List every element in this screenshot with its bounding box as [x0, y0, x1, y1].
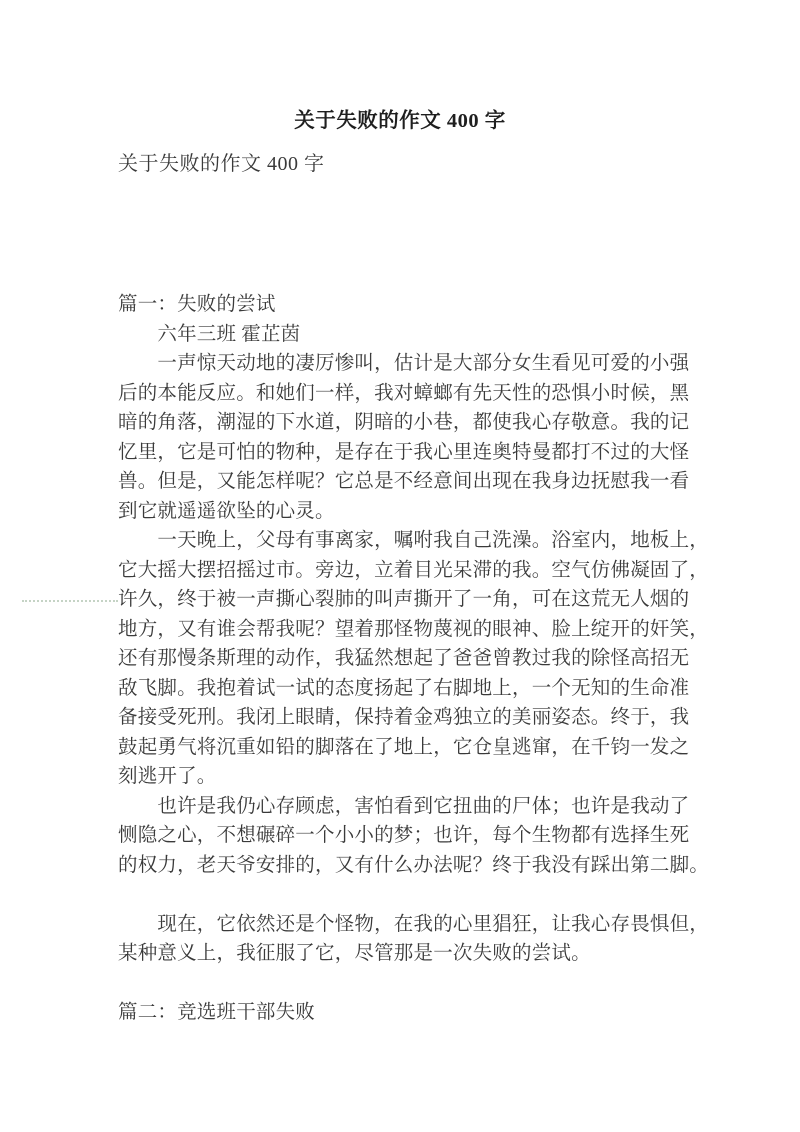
- text-line: 它大摇大摆招摇过市。旁边，立着目光呆滞的我。空气仿佛凝固了，: [118, 556, 718, 586]
- text-line: 一天晚上，父母有事离家，嘱咐我自己洗澡。浴室内，地板上，: [118, 526, 718, 556]
- text-line: 的权力，老天爷安排的，又有什么办法呢？终于我没有踩出第二脚。: [118, 851, 718, 881]
- text-line: 一声惊天动地的凄厉惨叫，估计是大部分女生看见可爱的小强: [118, 349, 718, 379]
- text-line: 地方，又有谁会帮我呢？望着那怪物蔑视的眼神、脸上绽开的奸笑，: [118, 615, 718, 645]
- text-line: 鼓起勇气将沉重如铅的脚落在了地上，它仓皇逃窜，在千钧一发之: [118, 733, 718, 763]
- text-line: 忆里，它是可怕的物种，是存在于我心里连奥特曼都打不过的大怪: [118, 438, 718, 468]
- text-line: 备接受死刑。我闭上眼睛，保持着金鸡独立的美丽姿态。终于，我: [118, 703, 718, 733]
- text-line: 还有那慢条斯理的动作，我猛然想起了爸爸曾教过我的除怪高招无: [118, 644, 718, 674]
- text-line: 暗的角落，潮湿的下水道，阴暗的小巷，都使我心存敬意。我的记: [118, 408, 718, 438]
- text-line: 某种意义上，我征服了它，尽管那是一次失败的尝试。: [118, 939, 718, 969]
- document-title: 关于失败的作文 400 字: [0, 103, 800, 133]
- document-page: 关于失败的作文 400 字 关于失败的作文 400 字 篇一：失败的尝试 六年三…: [0, 0, 800, 1132]
- text-line: 现在，它依然还是个怪物，在我的心里猖狂，让我心存畏惧但，: [118, 910, 718, 940]
- document-subtitle: 关于失败的作文 400 字: [118, 147, 325, 176]
- text-line: 刻逃开了。: [118, 762, 718, 792]
- scan-artifact-dotted-line: [22, 600, 118, 602]
- text-line: 六年三班 霍芷茵: [118, 320, 718, 350]
- text-line: [118, 969, 718, 999]
- text-line: 后的本能反应。和她们一样，我对蟑螂有先天性的恐惧小时候，黑: [118, 379, 718, 409]
- essay-body: 篇一：失败的尝试 六年三班 霍芷茵 一声惊天动地的凄厉惨叫，估计是大部分女生看见…: [118, 290, 718, 1028]
- text-line: 许久，终于被一声撕心裂肺的叫声撕开了一角，可在这荒无人烟的: [118, 585, 718, 615]
- text-line: 到它就遥遥欲坠的心灵。: [118, 497, 718, 527]
- text-line: 也许是我仍心存顾虑，害怕看到它扭曲的尸体；也许是我动了: [118, 792, 718, 822]
- text-line: [118, 880, 718, 910]
- text-line: 篇二：竞选班干部失败: [118, 998, 718, 1028]
- text-line: 兽。但是，又能怎样呢？它总是不经意间出现在我身边抚慰我一看: [118, 467, 718, 497]
- text-line: 敌飞脚。我抱着试一试的态度扬起了右脚地上，一个无知的生命准: [118, 674, 718, 704]
- text-line: 篇一：失败的尝试: [118, 290, 718, 320]
- text-line: 恻隐之心，不想碾碎一个小小的梦；也许，每个生物都有选择生死: [118, 821, 718, 851]
